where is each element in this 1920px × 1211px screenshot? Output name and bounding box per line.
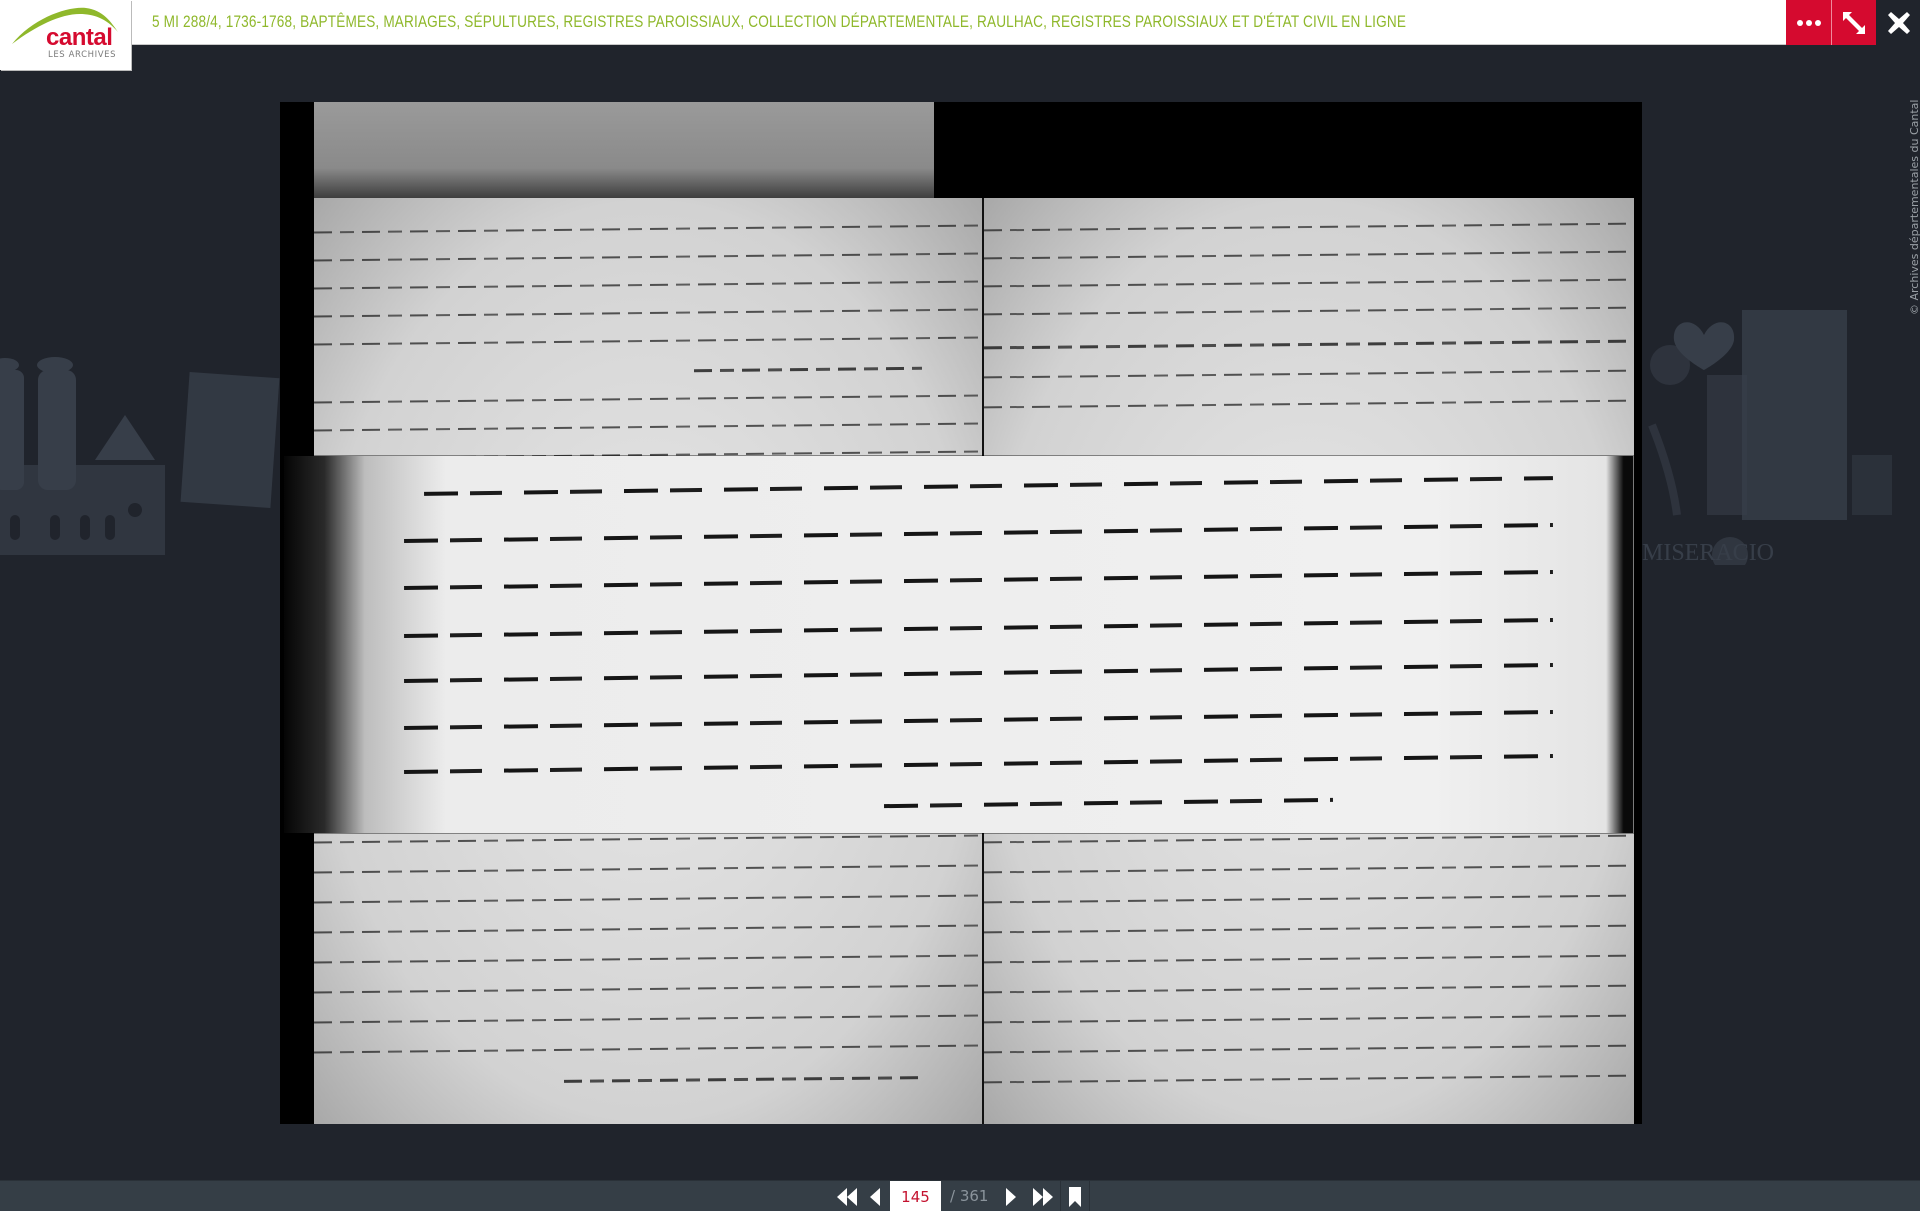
copyright-notice: © Archives départementales du Cantal — [1908, 100, 1920, 315]
bookmark-button[interactable] — [1061, 1181, 1089, 1211]
triangle-right-icon — [1005, 1187, 1017, 1207]
last-page-button[interactable] — [1028, 1181, 1058, 1211]
footer-divider — [1089, 1181, 1090, 1211]
first-page-button[interactable] — [832, 1181, 862, 1211]
background-illustration-right: MISERACIO — [1642, 295, 1892, 565]
magnifier-lens[interactable] — [284, 456, 1633, 833]
expand-arrows-icon — [1841, 10, 1867, 36]
logo-brand: cantal — [46, 26, 112, 50]
pagination-bar: / 361 — [0, 1180, 1920, 1211]
svg-text:MISERACIO: MISERACIO — [1642, 540, 1774, 565]
header-bar: 5 MI 288/4, 1736-1768, BAPTÊMES, MARIAGE… — [0, 0, 1786, 45]
cantal-archives-logo[interactable]: cantal LES ARCHIVES — [0, 0, 131, 70]
background-illustration-left — [0, 320, 280, 570]
close-viewer-button[interactable] — [1876, 0, 1920, 45]
double-chevron-left-icon — [835, 1187, 859, 1207]
total-pages-label: / 361 — [950, 1187, 988, 1205]
bookmark-icon — [1069, 1187, 1081, 1207]
previous-page-button[interactable] — [864, 1181, 886, 1211]
double-chevron-right-icon — [1031, 1187, 1055, 1207]
triangle-left-icon — [869, 1187, 881, 1207]
fullscreen-button[interactable] — [1831, 0, 1876, 45]
close-x-icon — [1887, 11, 1911, 35]
page-top-edge — [314, 102, 934, 212]
current-page-input[interactable] — [890, 1181, 941, 1211]
document-title: 5 MI 288/4, 1736-1768, BAPTÊMES, MARIAGE… — [152, 12, 1406, 32]
next-page-button[interactable] — [1000, 1181, 1022, 1211]
logo-subtitle: LES ARCHIVES — [48, 50, 116, 60]
ellipsis-icon — [1797, 20, 1821, 26]
more-options-button[interactable] — [1786, 0, 1831, 45]
